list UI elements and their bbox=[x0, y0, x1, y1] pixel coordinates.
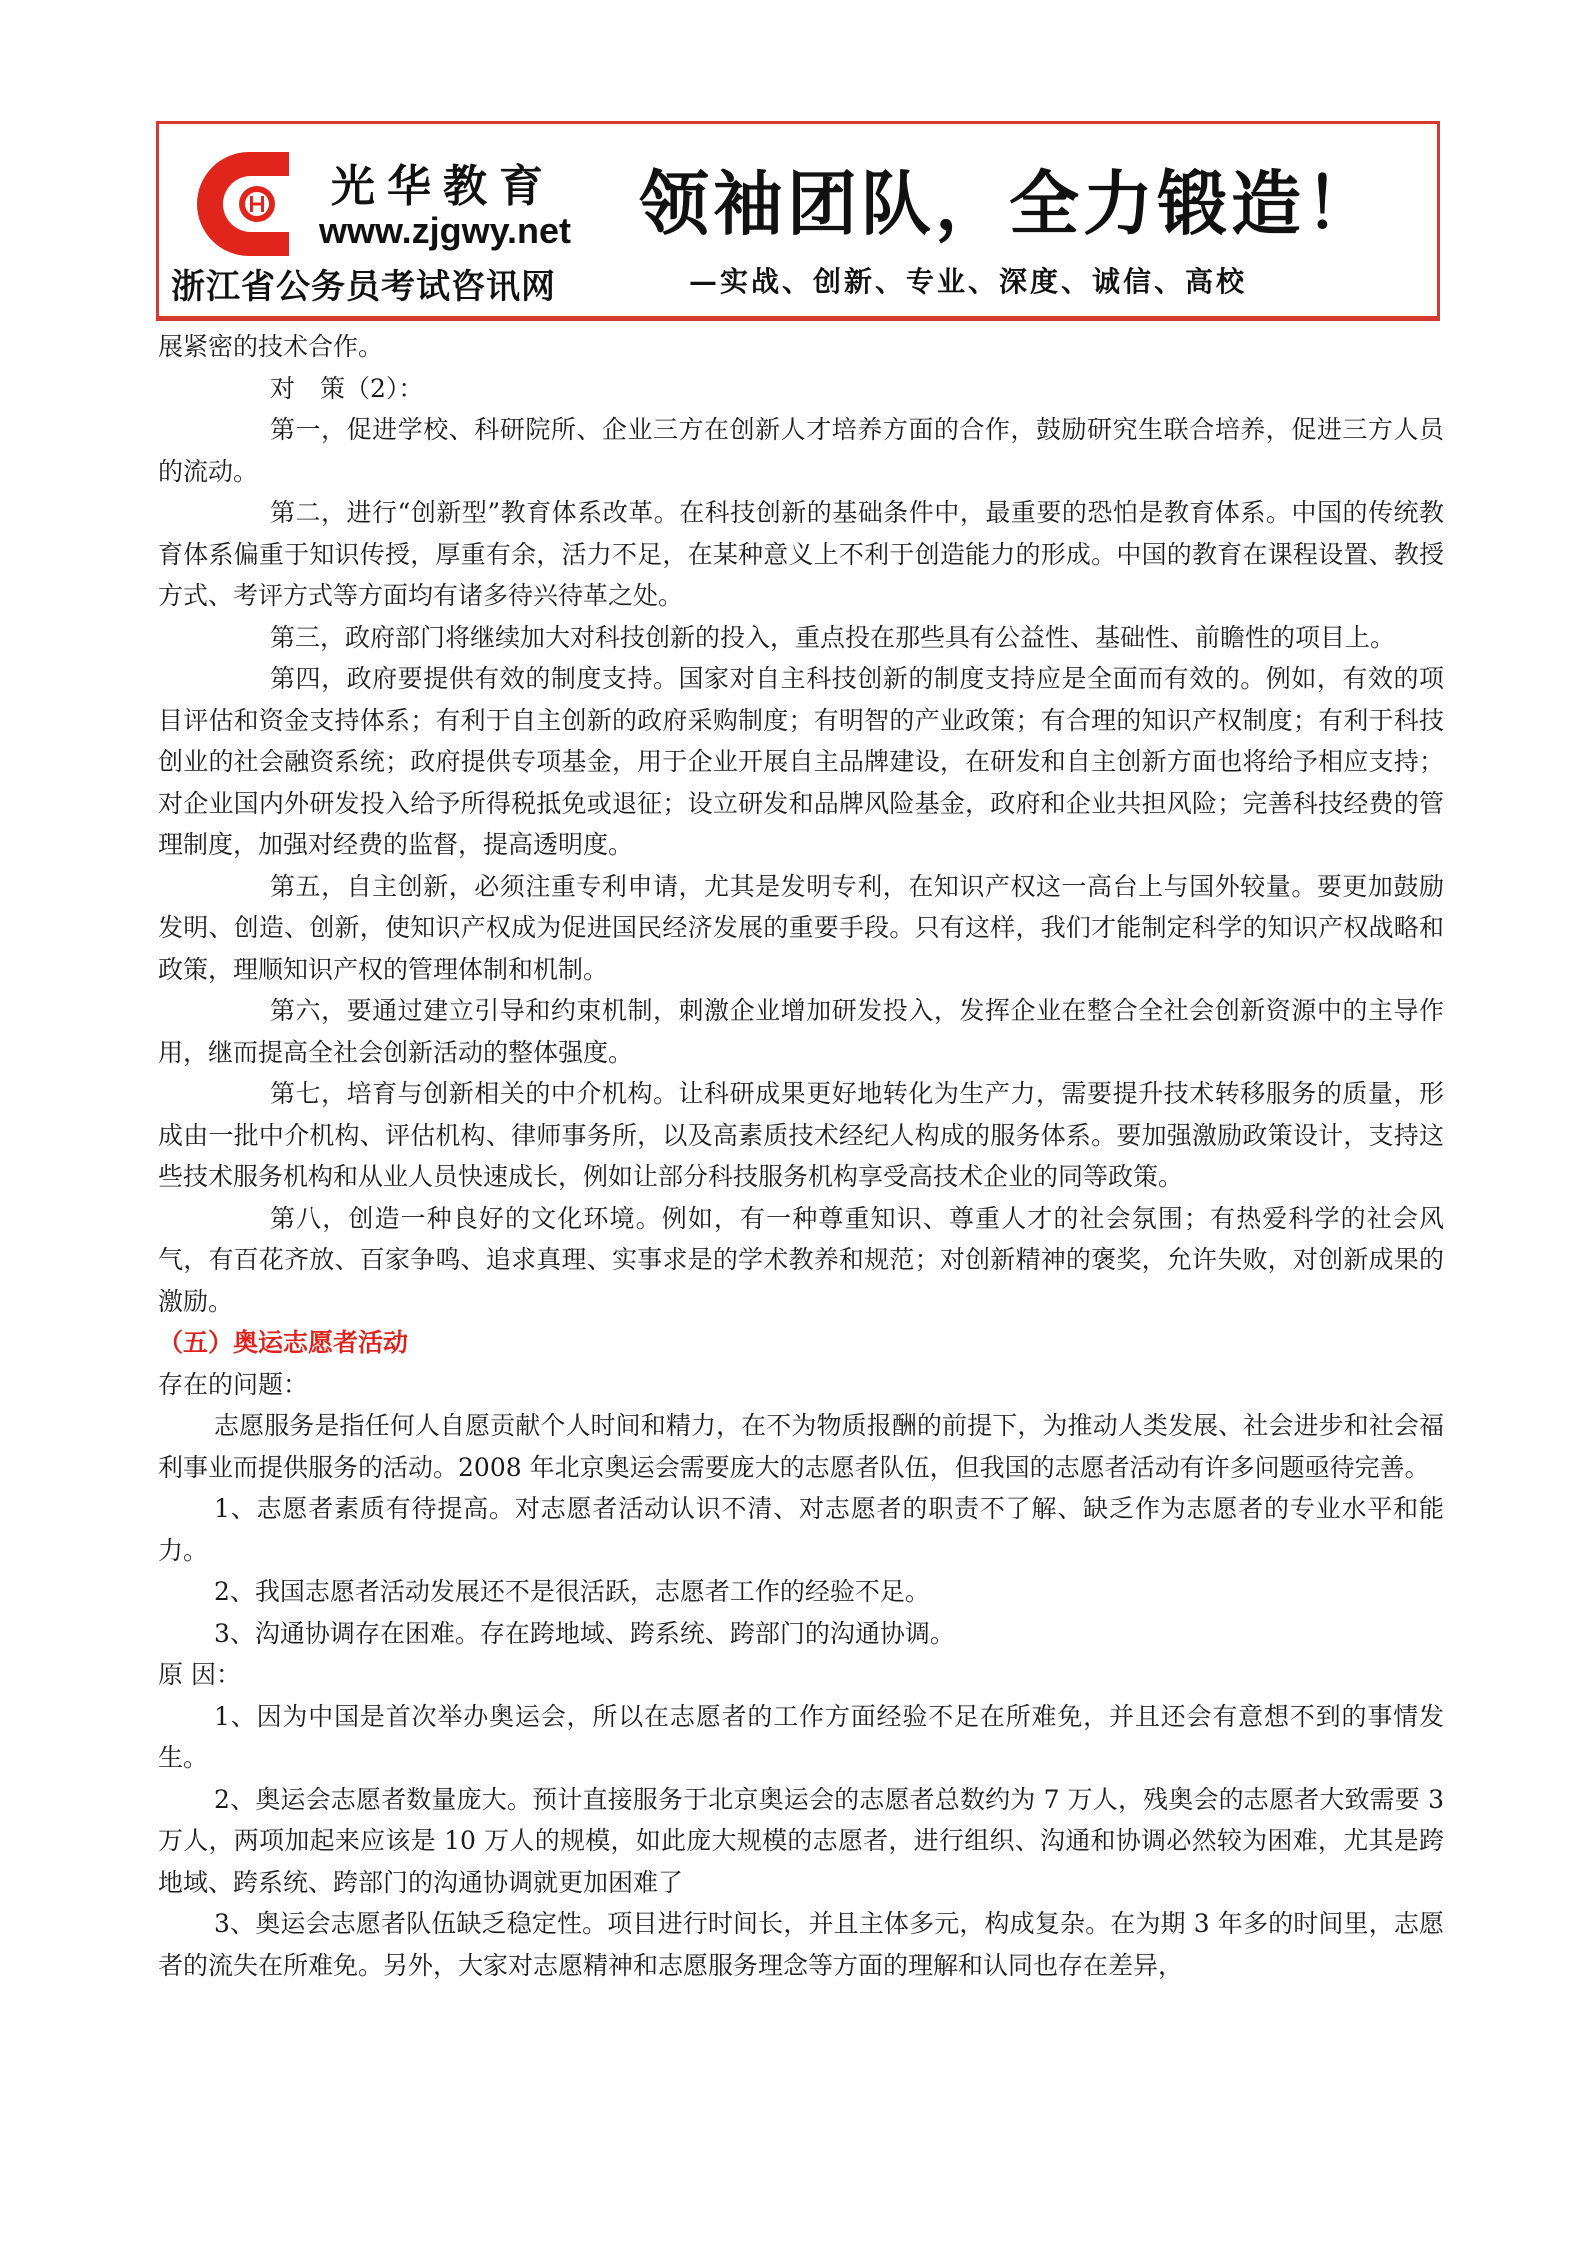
problems-label: 存在的问题： bbox=[158, 1364, 1444, 1406]
causes-label: 原 因： bbox=[158, 1654, 1444, 1696]
continuation-text: 展紧密的技术合作。 bbox=[158, 326, 1444, 368]
countermeasure-item: 第七，培育与创新相关的中介机构。让科研成果更好地转化为生产力，需要提升技术转移服… bbox=[158, 1073, 1444, 1198]
countermeasure-item: 第一，促进学校、科研院所、企业三方在创新人才培养方面的合作，鼓励研究生联合培养，… bbox=[158, 409, 1444, 492]
countermeasure-item: 第八，创造一种良好的文化环境。例如，有一种尊重知识、尊重人才的社会氛围；有热爱科… bbox=[158, 1198, 1444, 1323]
sub-slogan: —实战、创新、专业、深度、诚信、高校 bbox=[689, 260, 1247, 300]
document-body: 展紧密的技术合作。 对 策（2）： 第一，促进学校、科研院所、企业三方在创新人才… bbox=[158, 326, 1444, 1986]
brand-url: www.zjgwy.net bbox=[319, 210, 571, 252]
problem-item: 1、志愿者素质有待提高。对志愿者活动认识不清、对志愿者的职责不了解、缺乏作为志愿… bbox=[158, 1488, 1444, 1571]
section-heading: （五）奥运志愿者活动 bbox=[158, 1322, 1444, 1364]
countermeasure-item: 第二，进行“创新型”教育体系改革。在科技创新的基础条件中，最重要的恐怕是教育体系… bbox=[158, 492, 1444, 617]
problem-item: 2、我国志愿者活动发展还不是很活跃，志愿者工作的经验不足。 bbox=[158, 1571, 1444, 1613]
cause-item: 3、奥运会志愿者队伍缺乏稳定性。项目进行时间长，并且主体多元，构成复杂。在为期 … bbox=[158, 1903, 1444, 1986]
countermeasures-label: 对 策（2）： bbox=[158, 368, 1444, 410]
cause-item: 1、因为中国是首次举办奥运会，所以在志愿者的工作方面经验不足在所难免，并且还会有… bbox=[158, 1696, 1444, 1779]
guanghua-logo-icon bbox=[189, 144, 299, 264]
problem-item: 3、沟通协调存在困难。存在跨地域、跨系统、跨部门的沟通协调。 bbox=[158, 1613, 1444, 1655]
slogan: 领袖团队，全力锻造！ bbox=[639, 148, 1379, 249]
header-banner: 光华教育 www.zjgwy.net 浙江省公务员考试咨讯网 领袖团队，全力锻造… bbox=[156, 121, 1440, 321]
brand-site-name: 浙江省公务员考试咨讯网 bbox=[171, 259, 556, 308]
brand-name: 光华教育 bbox=[331, 150, 555, 214]
countermeasure-item: 第六，要通过建立引导和约束机制，刺激企业增加研发投入，发挥企业在整合全社会创新资… bbox=[158, 990, 1444, 1073]
countermeasure-item: 第三，政府部门将继续加大对科技创新的投入，重点投在那些具有公益性、基础性、前瞻性… bbox=[158, 617, 1444, 659]
countermeasure-item: 第五，自主创新，必须注重专利申请，尤其是发明专利，在知识产权这一高台上与国外较量… bbox=[158, 866, 1444, 991]
problems-intro: 志愿服务是指任何人自愿贡献个人时间和精力，在不为物质报酬的前提下，为推动人类发展… bbox=[158, 1405, 1444, 1488]
cause-item: 2、奥运会志愿者数量庞大。预计直接服务于北京奥运会的志愿者总数约为 7 万人，残… bbox=[158, 1779, 1444, 1904]
countermeasure-item: 第四，政府要提供有效的制度支持。国家对自主科技创新的制度支持应是全面而有效的。例… bbox=[158, 658, 1444, 866]
